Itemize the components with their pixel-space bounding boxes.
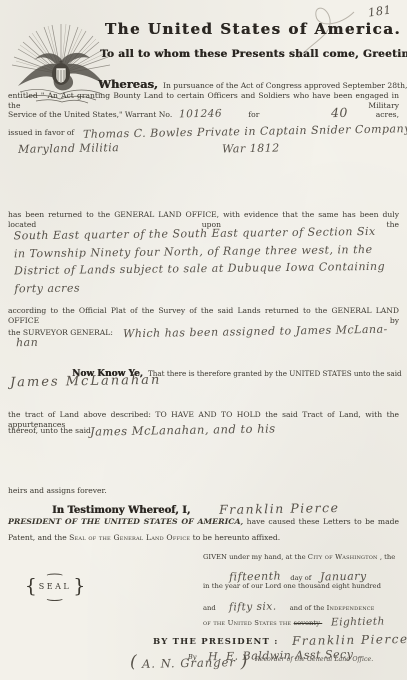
warrant-number: 101246 bbox=[179, 108, 222, 121]
land-description: South East quarter of the South East qua… bbox=[14, 223, 400, 298]
seal-top-curve-icon: ⌢ bbox=[46, 570, 65, 577]
warrant-line-pre: Service of the United States," Warrant N… bbox=[8, 110, 172, 120]
whereas-line: Whereas, In pursuance of the Act of Cong… bbox=[98, 73, 407, 92]
militia-text: Maryland Militia bbox=[18, 141, 120, 156]
whereas-lead: Whereas, bbox=[98, 77, 158, 91]
given-post: , the bbox=[380, 553, 395, 561]
president-rest: have caused these Letters to be made bbox=[247, 517, 399, 526]
ordinal-handwritten: Eightieth bbox=[331, 616, 385, 629]
given-city-sc: City of Washington bbox=[308, 553, 378, 561]
day-of-label: day of bbox=[290, 574, 311, 582]
document-page: 181 bbox=[0, 0, 407, 680]
acres-label: acres, bbox=[376, 110, 399, 120]
president-line: PRESIDENT OF THE UNITED STATES OF AMERIC… bbox=[8, 517, 399, 527]
recorder-signature-line: ( A. N. Granger ) bbox=[130, 652, 247, 672]
for-label: for bbox=[248, 110, 259, 120]
militia-line: Maryland Militia War 1812 bbox=[18, 137, 280, 156]
seal-label: SEAL bbox=[39, 582, 71, 591]
surveyor-line: the SURVEYOR GENERAL: Which has been ass… bbox=[8, 320, 388, 339]
heirs-line: heirs and assigns forever. bbox=[8, 486, 107, 496]
assignment-text: Which has been assigned to James McLana- bbox=[123, 323, 388, 341]
seal: ⌢ { SEAL } ⌣ bbox=[33, 570, 77, 603]
testimony-line: In Testimony Whereof, I, Franklin Pierce bbox=[52, 498, 340, 517]
paren-left-icon: ( bbox=[130, 652, 137, 672]
seal-bottom-curve-icon: ⌣ bbox=[46, 596, 65, 603]
patent-seal-sc: Seal of the General Land Office bbox=[69, 533, 190, 542]
recorder-signature: A. N. Granger bbox=[142, 655, 236, 671]
recorder-title: Recorder of the General Land Office. bbox=[255, 656, 373, 663]
war-text: War 1812 bbox=[222, 141, 280, 155]
assignment-text-carry: han bbox=[16, 336, 38, 349]
given-line5: of the United States the seventy- Eighti… bbox=[203, 610, 385, 629]
given-line1: GIVEN under my hand, at the City of Wash… bbox=[203, 553, 403, 562]
president-caps: PRESIDENT OF THE UNITED STATES OF AMERIC… bbox=[8, 517, 243, 526]
salutation: To all to whom these Presents shall come… bbox=[100, 48, 400, 60]
testimony-lead: In Testimony Whereof, I, bbox=[52, 505, 190, 516]
united-states-sc: of the United States the bbox=[203, 619, 294, 627]
holder-text: James McLanahan, and to his bbox=[90, 421, 276, 438]
president-signature-top: Franklin Pierce bbox=[219, 500, 340, 517]
warrant-line: Service of the United States," Warrant N… bbox=[8, 105, 399, 120]
know-ye-text: That there is therefore granted by the U… bbox=[148, 369, 402, 378]
seal-brace-right-icon: } bbox=[73, 577, 85, 596]
grantee-signature: James McLanahan bbox=[10, 373, 162, 391]
whereas-line1-text: In pursuance of the Act of Congress appr… bbox=[163, 81, 407, 90]
paren-right-icon: ) bbox=[241, 652, 248, 672]
thereof-label: thereof, unto the said bbox=[8, 426, 91, 436]
seal-brace-left-icon: { bbox=[25, 577, 37, 596]
document-title: The United States of America. bbox=[104, 20, 402, 38]
page-number: 181 bbox=[367, 2, 392, 19]
patent-post: to be hereunto affixed. bbox=[193, 533, 281, 542]
issued-label: issued in favor of bbox=[8, 128, 74, 137]
struck-word: seventy- bbox=[294, 619, 323, 627]
given-year-line: in the year of our Lord one thousand eig… bbox=[203, 582, 381, 591]
patent-line: Patent, and the Seal of the General Land… bbox=[8, 533, 280, 543]
acreage-value: 40 bbox=[331, 105, 348, 120]
given-pre: GIVEN under my hand, at the bbox=[203, 553, 308, 561]
patent-pre: Patent, and the bbox=[8, 533, 69, 542]
